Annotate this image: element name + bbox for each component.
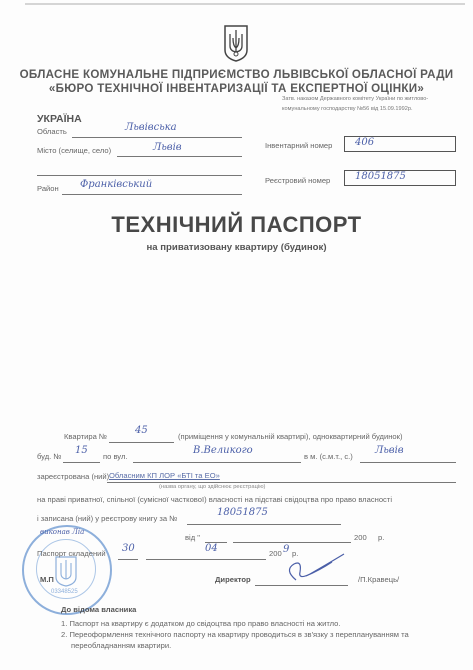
registered-field-line [107, 482, 456, 483]
oblast-field-line [72, 137, 242, 138]
approval-note: Затв. наказом Державного комітету Україн… [282, 94, 428, 114]
document-subtitle: на приватизовану квартиру (будинок) [0, 242, 473, 253]
from-label: від " [185, 533, 200, 542]
stamp-handwriting: виконав Ліа [40, 528, 84, 536]
building-label: буд. № [37, 452, 62, 461]
compiled-day[interactable]: 30 [122, 543, 135, 554]
notes-heading: До відома власника [61, 605, 136, 614]
inventory-number-label: Інвентарний номер [265, 141, 332, 150]
apartment-value[interactable]: 45 [135, 425, 148, 436]
district-field-line [62, 194, 242, 195]
registry-number-label: Реєстровий номер [265, 176, 330, 185]
note-item-1: 1. Паспорт на квартиру є додатком до сві… [61, 619, 341, 628]
inventory-number-value: 406 [355, 137, 374, 148]
country-label: УКРАЇНА [37, 113, 82, 125]
building-value[interactable]: 15 [75, 445, 88, 456]
street-field-line [133, 462, 301, 463]
apartment-field-line [109, 442, 174, 443]
building-field-line [63, 462, 100, 463]
ownership-text: на праві приватної, спільної (сумісної ч… [37, 495, 392, 504]
street-label: по вул. [103, 452, 127, 461]
compiled-month[interactable]: 04 [205, 543, 218, 554]
book-value[interactable]: 18051875 [217, 507, 268, 518]
signature-scribble [276, 552, 346, 584]
registry-number-box[interactable]: 18051875 [344, 170, 456, 186]
city2-field-line [360, 462, 456, 463]
city-field-line [117, 156, 242, 157]
compiled-month-line [146, 559, 266, 560]
approval-line2: комунальному господарству №56 від 15.09.… [282, 104, 428, 114]
inventory-number-box[interactable]: 406 [344, 136, 456, 152]
director-name: /П.Кравець/ [358, 575, 399, 584]
stamp-code: 03348525 [51, 589, 78, 595]
registry-number-value: 18051875 [355, 171, 406, 182]
stamp-mp-label: М.П [40, 575, 54, 584]
city-label: Місто (селище, село) [37, 146, 111, 155]
city2-value[interactable]: Львів [375, 445, 404, 456]
oblast-label: Область [37, 127, 67, 136]
registered-value[interactable]: Обласним КП ЛОР «БТІ та ЕО» [109, 471, 220, 480]
district-label: Район [37, 184, 59, 193]
scan-edge [25, 3, 465, 5]
stamp-trident-icon [54, 555, 78, 587]
note-item-2: 2. Переоформлення технічного паспорту на… [61, 630, 409, 639]
compiled-label: Паспорт складений [37, 549, 106, 558]
apartment-label: Квартира № [64, 432, 107, 441]
organization-name-line1: ОБЛАСНЕ КОМУНАЛЬНЕ ПІДПРИЄМСТВО ЛЬВІВСЬК… [0, 68, 473, 81]
apartment-suffix: (приміщення у комунальній квартирі), одн… [178, 432, 402, 441]
signature-line [255, 585, 348, 586]
from-year-suffix: р. [378, 533, 384, 542]
director-label: Директор [215, 575, 251, 584]
registered-hint: (назва органу, що здійснює реєстрацію) [159, 484, 265, 490]
official-stamp: 03348525 [22, 525, 112, 615]
city-type-label: в м. (с.м.т., с.) [304, 452, 353, 461]
street-value[interactable]: В.Великого [193, 445, 253, 456]
compiled-day-line [118, 559, 138, 560]
note-item-2-cont: переобладнанням квартири. [71, 641, 171, 650]
book-label: і записана (ний) у реєстрову книгу за № [37, 514, 177, 523]
trident-coat-of-arms-icon [223, 24, 249, 62]
approval-line1: Затв. наказом Державного комітету Україн… [282, 94, 428, 104]
district-value[interactable]: Франківський [80, 179, 152, 190]
book-field-line [187, 524, 341, 525]
city-value[interactable]: Львів [153, 142, 182, 153]
blank-line [37, 175, 242, 176]
registered-label: зареєстрована (ний) [37, 472, 109, 481]
from-year: 200 [354, 533, 367, 542]
document-title: ТЕХНІЧНИЙ ПАСПОРТ [0, 212, 473, 238]
from-month-line [233, 542, 351, 543]
oblast-value[interactable]: Львівська [125, 122, 177, 133]
